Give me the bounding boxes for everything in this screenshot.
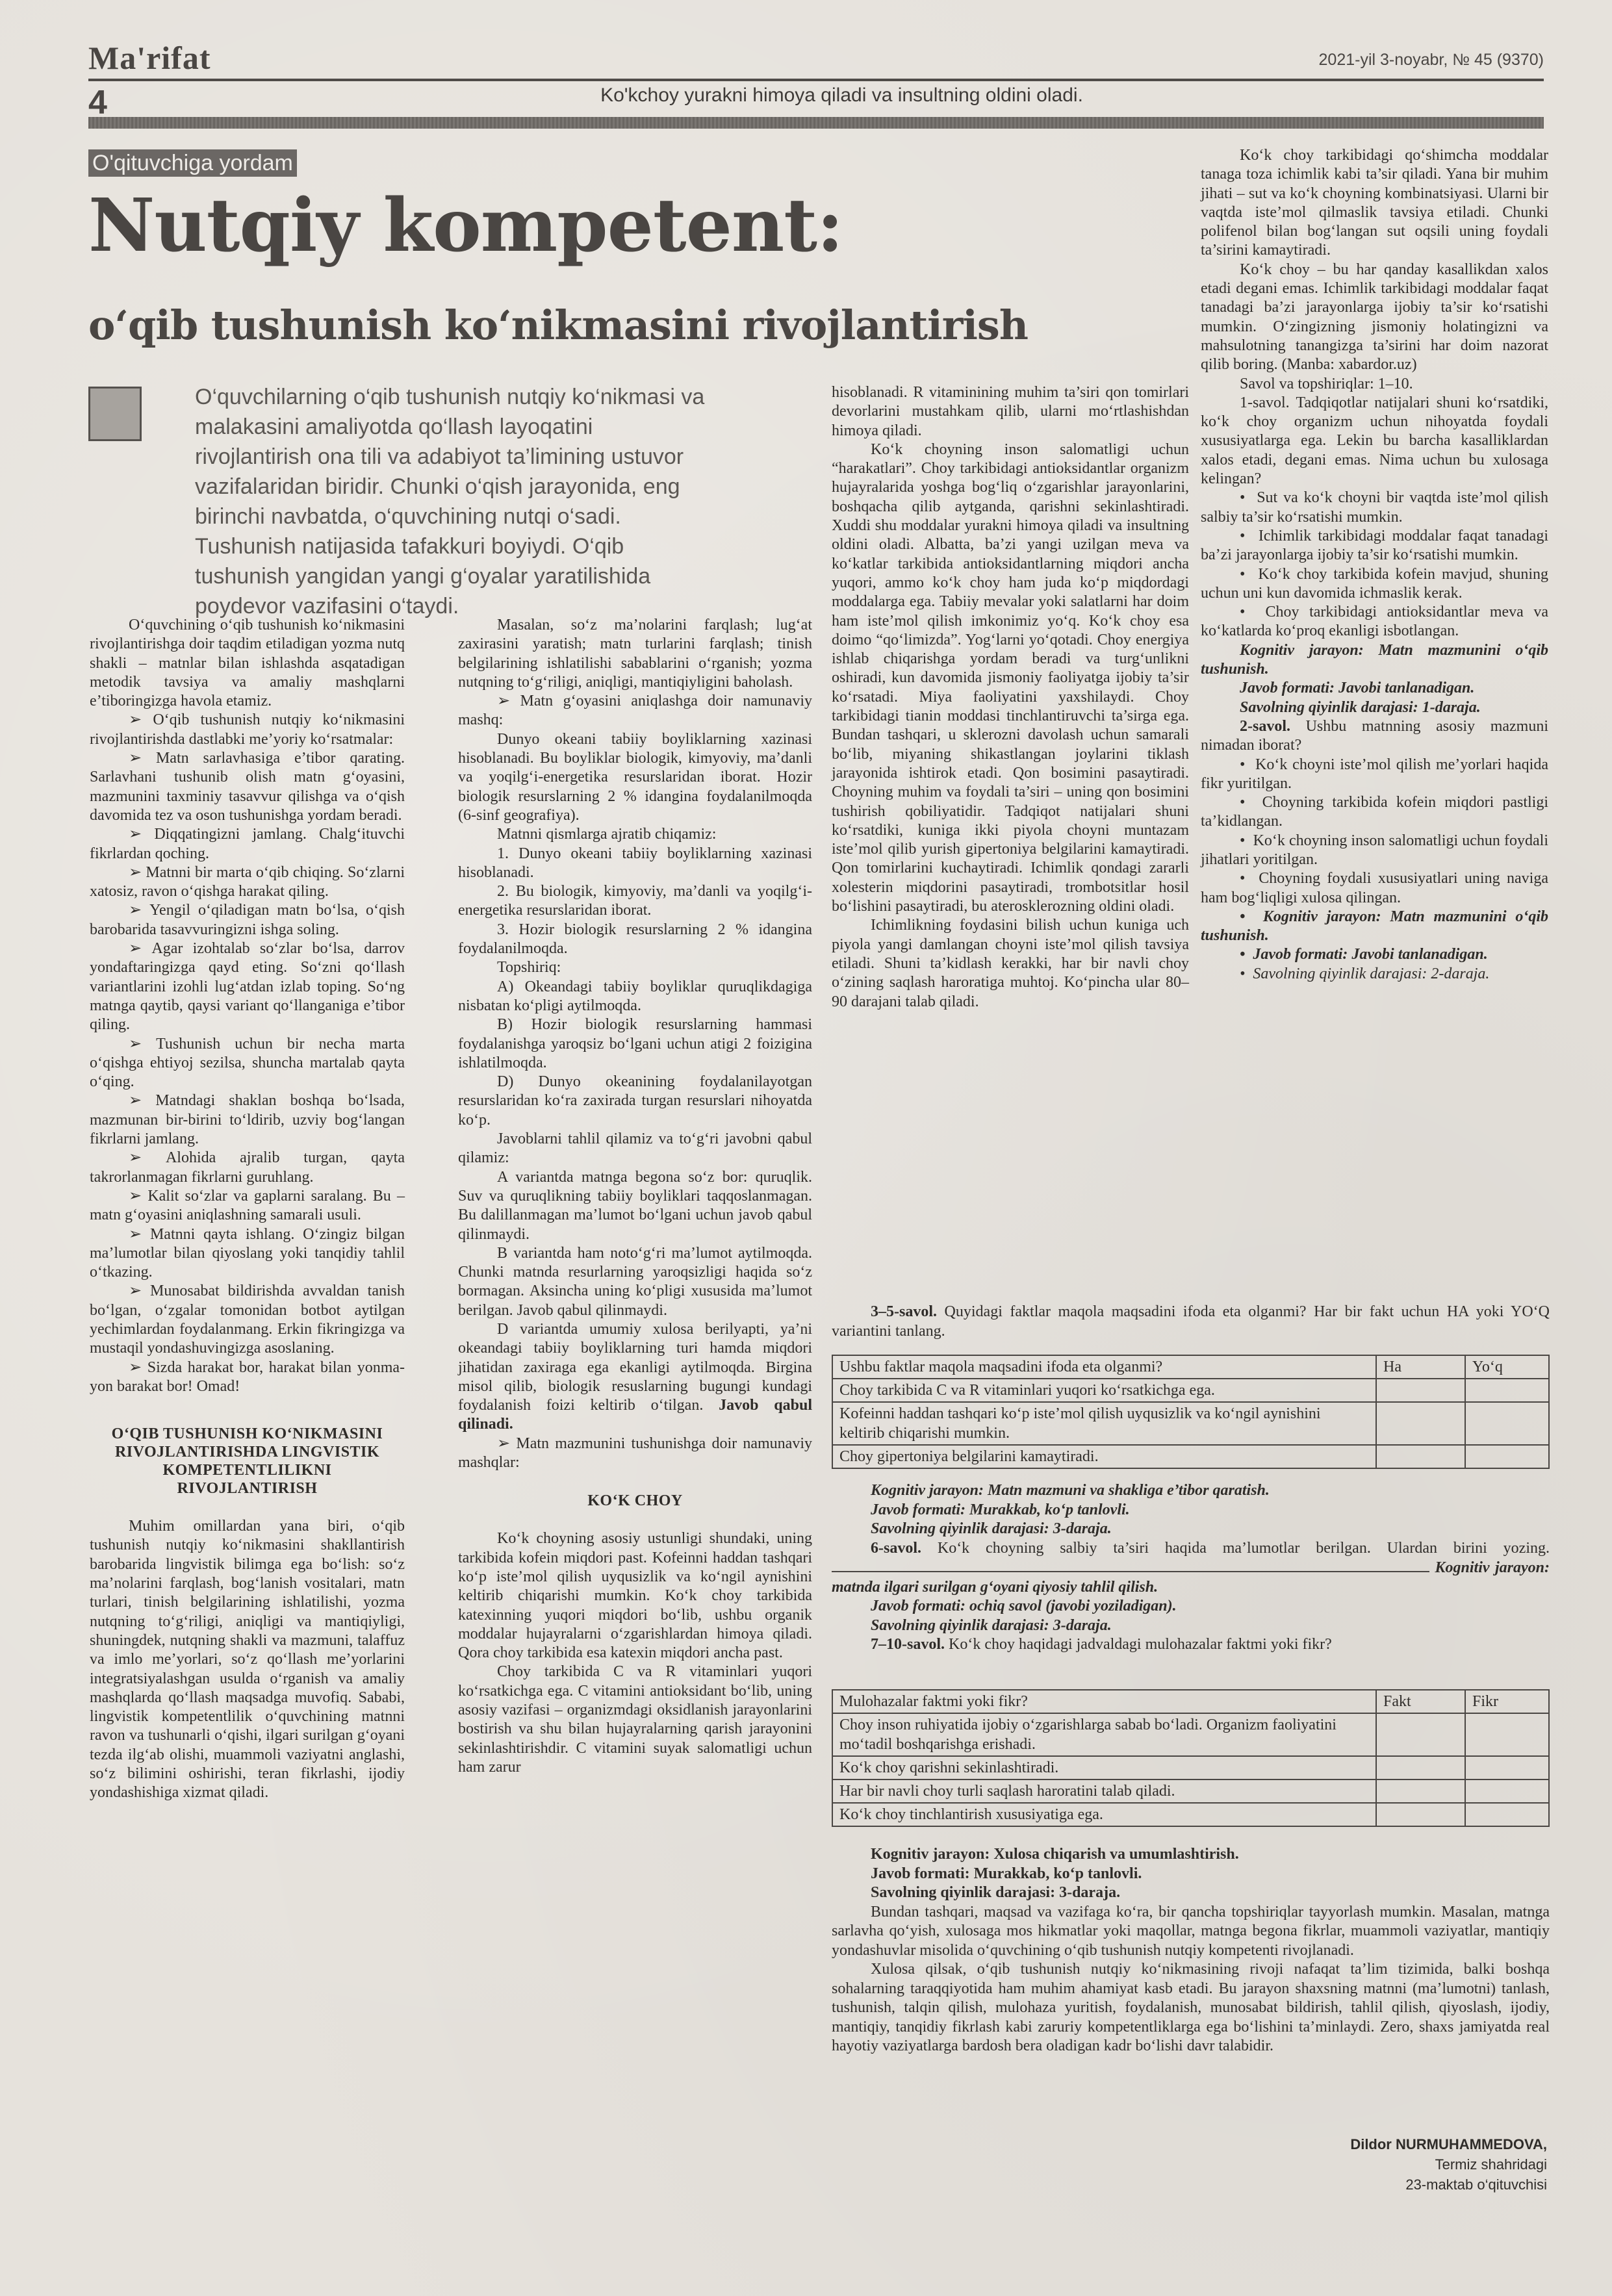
question-3-5: 3–5-savol. Quyidagi faktlar maqola maqsa…: [832, 1303, 1550, 1341]
table-row: Har bir navli choy turli saqlash harorat…: [832, 1779, 1549, 1803]
author-name: Dildor NURMUHAMMEDOVA,: [1350, 2134, 1547, 2154]
answer-cell-fakt[interactable]: [1376, 1713, 1465, 1756]
meta-format: Javob formati: Javobi tanlanadigan.: [1201, 679, 1548, 698]
question-7-10: 7–10-savol. Ko‘k choy haqidagi jadvaldag…: [832, 1635, 1550, 1655]
meta-format: Javob formati: Murakkab, ko‘p tanlovli.: [832, 1501, 1550, 1520]
table-row: Kofeinni haddan tashqari ko‘p iste’mol q…: [832, 1402, 1549, 1445]
paragraph: Ko‘k choyning inson salomatligi uchun “h…: [832, 440, 1189, 916]
meta-difficulty: Savolning qiyinlik darajasi: 3-daraja.: [832, 1616, 1550, 1636]
meta-format: Javob formati: ochiq savol (javobi yozil…: [832, 1597, 1550, 1616]
question-label: 7–10-savol.: [871, 1636, 945, 1653]
list-item: B) Hozir biologik resurslarning hammasi …: [458, 1015, 812, 1073]
list-item: Sizda harakat bor, harakat bilan yonma-y…: [90, 1358, 405, 1397]
paragraph: O‘quvchining o‘qib tushunish ko‘nikmasin…: [90, 616, 405, 711]
meta-difficulty: Savolning qiyinlik darajasi: 2-daraja.: [1201, 965, 1548, 984]
question-6: 6-savol. Ko‘k choyning salbiy ta’siri ha…: [832, 1539, 1550, 1598]
answer-cell-fakt[interactable]: [1376, 1803, 1465, 1826]
table-cell: Ko‘k choy tinchlantirish xususiyatiga eg…: [832, 1803, 1376, 1826]
paragraph: Topshiriq:: [458, 958, 812, 977]
answer-cell-yoq[interactable]: [1465, 1445, 1549, 1468]
section-heading: KO‘K CHOY: [458, 1492, 812, 1510]
facts-table: Ushbu faktlar maqola maqsadini ifoda eta…: [832, 1355, 1550, 1469]
table-header-cell: Fikr: [1465, 1690, 1549, 1713]
answer-cell-yoq[interactable]: [1465, 1379, 1549, 1402]
article-subtitle: o‘qib tushunish ko‘nikmasini rivojlantir…: [88, 305, 1028, 346]
meta-cognitive: Kognitiv jarayon: Matn mazmunini o‘qib t…: [1201, 908, 1548, 946]
paragraph: Muhim omillardan yana biri, o‘qib tushun…: [90, 1517, 405, 1802]
list-item: Munosabat bildirishda avvaldan tanish bo…: [90, 1282, 405, 1358]
paragraph: Ko‘k choy – bu har qanday kasallikdan xa…: [1201, 261, 1548, 375]
question-text: Ko‘k choyning salbiy ta’siri haqida ma’l…: [938, 1540, 1550, 1557]
question-label: 6-savol.: [871, 1540, 921, 1557]
answer-cell-ha[interactable]: [1376, 1402, 1465, 1445]
section-heading: O‘QIB TUSHUNISH KO‘NIKMASINI RIVOJLANTIR…: [90, 1425, 405, 1498]
running-head: Ko'kchoy yurakni himoya qiladi va insult…: [0, 84, 1612, 107]
list-item: Kalit so‘zlar va gaplarni saralang. Bu –…: [90, 1187, 405, 1225]
table-row: Choy inson ruhiyatida ijobiy o‘zgarishla…: [832, 1713, 1549, 1756]
table-header-cell: Ushbu faktlar maqola maqsadini ifoda eta…: [832, 1355, 1376, 1379]
paragraph: Bundan tashqari, maqsad va vazifaga ko‘r…: [832, 1903, 1550, 1961]
answer-option: Sut va ko‘k choyni bir vaqtda iste’mol q…: [1201, 489, 1548, 527]
author-position: 23-maktab o‘qituvchisi: [1350, 2175, 1547, 2195]
question-label: 2-savol.: [1240, 718, 1290, 735]
table-cell: Choy tarkibida C va R vitaminlari yuqori…: [832, 1379, 1376, 1402]
answer-cell-yoq[interactable]: [1465, 1402, 1549, 1445]
fact-opinion-table: Mulohazalar faktmi yoki fikr? Fakt Fikr …: [832, 1689, 1550, 1827]
answer-cell-fikr[interactable]: [1465, 1779, 1549, 1803]
meta-cognitive: Kognitiv jarayon: Matn mazmunini o‘qib t…: [1201, 641, 1548, 680]
rubric-label: O'qituvchiga yordam: [88, 149, 297, 177]
paragraph: Choy tarkibida C va R vitaminlari yuqori…: [458, 1663, 812, 1777]
meta-difficulty: Savolning qiyinlik darajasi: 1-daraja.: [1201, 698, 1548, 717]
list-item: O‘qib tushunish nutqiy ko‘nikmasini rivo…: [90, 711, 405, 749]
paragraph: D variantda umumiy xulosa berilyapti, ya…: [458, 1320, 812, 1435]
column-3: hisoblanadi. R vitaminining muhim ta’sir…: [832, 383, 1189, 1012]
table-row: Choy gipertoniya belgilarini kamaytiradi…: [832, 1445, 1549, 1468]
table-cell: Choy inson ruhiyatida ijobiy o‘zgarishla…: [832, 1713, 1376, 1756]
paragraph: Ichimlikning foydasini bilish uchun kuni…: [832, 916, 1189, 1011]
answer-cell-ha[interactable]: [1376, 1445, 1465, 1468]
list-item: A) Okeandagi tabiiy boyliklar quruqlikda…: [458, 978, 812, 1016]
newspaper-page: Ma'rifat 2021-yil 3-noyabr, № 45 (9370) …: [0, 0, 1612, 2296]
table-header-cell: Fakt: [1376, 1690, 1465, 1713]
answer-option: Ko‘k choy tarkibida kofein mavjud, shuni…: [1201, 565, 1548, 604]
list-item: 2. Bu biologik, kimyoviy, ma’danli va yo…: [458, 882, 812, 921]
lead-squares-icon: [88, 387, 160, 452]
paragraph: Javoblarni tahlil qilamiz va to‘g‘ri jav…: [458, 1130, 812, 1168]
list-item: Tushunish uchun bir necha marta o‘qishga…: [90, 1035, 405, 1092]
paragraph: Matnni qismlarga ajratib chiqamiz:: [458, 825, 812, 844]
list-item: Matn mazmunini tushunishga doir namunavi…: [458, 1435, 812, 1473]
paragraph: Masalan, so‘z ma’nolarini farqlash; lug‘…: [458, 616, 812, 692]
paragraph: hisoblanadi. R vitaminining muhim ta’sir…: [832, 383, 1189, 440]
table-header-cell: Ha: [1376, 1355, 1465, 1379]
meta-cognitive: Kognitiv jarayon: Matn mazmuni va shakli…: [832, 1481, 1550, 1501]
question-label: 3–5-savol.: [871, 1303, 937, 1320]
paragraph: Ko‘k choy tarkibidagi qo‘shimcha moddala…: [1201, 146, 1548, 261]
table-header-cell: Mulohazalar faktmi yoki fikr?: [832, 1690, 1376, 1713]
meta-difficulty: Savolning qiyinlik darajasi: 3-daraja.: [832, 1520, 1550, 1539]
paragraph: Xulosa qilsak, o‘qib tushunish nutqiy ko…: [832, 1960, 1550, 2056]
list-item: 1. Dunyo okeani tabiiy boyliklarning xaz…: [458, 845, 812, 883]
meta-format: Javob formati: Javobi tanlanadigan.: [1201, 945, 1548, 964]
list-item: D) Dunyo okeanining foydalanilayotgan re…: [458, 1073, 812, 1130]
question-2: 2-savol. Ushbu matnning asosiy mazmuni n…: [1201, 717, 1548, 756]
answer-cell-fikr[interactable]: [1465, 1756, 1549, 1779]
table-cell: Ko‘k choy qarishni sekinlashtiradi.: [832, 1756, 1376, 1779]
closing-section: Kognitiv jarayon: Xulosa chiqarish va um…: [832, 1845, 1550, 2056]
answer-option: Ko‘k choyning inson salomatligi uchun fo…: [1201, 832, 1548, 870]
answer-cell-fakt[interactable]: [1376, 1779, 1465, 1803]
answer-cell-fikr[interactable]: [1465, 1713, 1549, 1756]
answer-option: Choyning tarkibida kofein miqdori pastli…: [1201, 793, 1548, 832]
list-item: 3. Hozir biologik resurslarning 2 % idan…: [458, 921, 812, 959]
table-row: Ko‘k choy tinchlantirish xususiyatiga eg…: [832, 1803, 1549, 1826]
answer-option: Ko‘k choyni iste’mol qilish me’yorlari h…: [1201, 756, 1548, 794]
article-lead: O‘quvchilarning o‘qib tushunish nutqiy k…: [195, 382, 715, 621]
list-item: Agar izohtalab so‘zlar bo‘lsa, darrov yo…: [90, 939, 405, 1034]
question-3-5-meta-and-q6: Kognitiv jarayon: Matn mazmuni va shakli…: [832, 1481, 1550, 1655]
list-item: Alohida ajralib turgan, qayta takrorlanm…: [90, 1149, 405, 1187]
table-header: Ushbu faktlar maqola maqsadini ifoda eta…: [832, 1355, 1549, 1379]
answer-option: Ichimlik tarkibidagi moddalar faqat tana…: [1201, 527, 1548, 565]
answer-cell-fikr[interactable]: [1465, 1803, 1549, 1826]
list-item: Matndagi shaklan boshqa bo‘lsada, mazmun…: [90, 1091, 405, 1149]
meta-format: Javob formati: Murakkab, ko‘p tanlovli.: [832, 1865, 1550, 1884]
paragraph: Ko‘k choyning asosiy ustunligi shundaki,…: [458, 1529, 812, 1663]
meta-cognitive: Kognitiv jarayon: Xulosa chiqarish va um…: [832, 1845, 1550, 1865]
answer-cell-fakt[interactable]: [1376, 1756, 1465, 1779]
list-item: Matn g‘oyasini aniqlashga doir namunaviy…: [458, 692, 812, 730]
paragraph: Dunyo okeani tabiiy boyliklarning xazina…: [458, 730, 812, 825]
answer-cell-ha[interactable]: [1376, 1379, 1465, 1402]
list-item: Matn sarlavhasiga e’tibor qarating. Sarl…: [90, 749, 405, 825]
author-signature: Dildor NURMUHAMMEDOVA, Termiz shahridagi…: [1350, 2134, 1547, 2195]
answer-option: Choy tarkibidagi antioksidantlar meva va…: [1201, 603, 1548, 641]
table-header: Mulohazalar faktmi yoki fikr? Fakt Fikr: [832, 1690, 1549, 1713]
list-item: Matnni bir marta o‘qib chiqing. So‘zlarn…: [90, 863, 405, 902]
meta-difficulty: Savolning qiyinlik darajasi: 3-daraja.: [832, 1883, 1550, 1903]
issue-date: 2021-yil 3-noyabr, № 45 (9370): [1319, 51, 1544, 70]
answer-option: Choyning foydali xususiyatlari uning nav…: [1201, 869, 1548, 908]
column-4: Ko‘k choy tarkibidagi qo‘shimcha moddala…: [1201, 146, 1548, 984]
column-2: Masalan, so‘z ma’nolarini farqlash; lug‘…: [458, 616, 812, 1777]
table-row: Choy tarkibida C va R vitaminlari yuqori…: [832, 1379, 1549, 1402]
article-title: Nutqiy kompetent:: [88, 190, 843, 262]
column-1: O‘quvchining o‘qib tushunish ko‘nikmasin…: [90, 616, 405, 1803]
question-text: Quyidagi faktlar maqola maqsadini ifoda …: [832, 1303, 1550, 1340]
newspaper-logo: Ma'rifat: [88, 39, 211, 77]
author-location: Termiz shahridagi: [1350, 2154, 1547, 2175]
paragraph: Savol va topshiriqlar: 1–10.: [1201, 375, 1548, 394]
table-cell: Har bir navli choy turli saqlash harorat…: [832, 1779, 1376, 1803]
table-cell: Choy gipertoniya belgilarini kamaytiradi…: [832, 1445, 1376, 1468]
list-item: Diqqatingizni jamlang. Chalg‘ituvchi fik…: [90, 825, 405, 863]
list-item: Matnni qayta ishlang. O‘zingiz bilgan ma…: [90, 1225, 405, 1282]
table-cell: Kofeinni haddan tashqari ko‘p iste’mol q…: [832, 1402, 1376, 1445]
answer-blank-line[interactable]: [832, 1558, 1429, 1572]
question-1: 1-savol. Tadqiqotlar natijalari shuni ko…: [1201, 394, 1548, 489]
question-text: Ko‘k choy haqidagi jadvaldagi mulohazala…: [949, 1636, 1332, 1653]
list-item: Yengil o‘qiladigan matn bo‘lsa, o‘qish b…: [90, 901, 405, 939]
header-bar: [88, 117, 1544, 129]
masthead-rule: [88, 79, 1544, 81]
table-header-cell: Yo‘q: [1465, 1355, 1549, 1379]
table-row: Ko‘k choy qarishni sekinlashtiradi.: [832, 1756, 1549, 1779]
paragraph: A variantda matnga begona so‘z bor: quru…: [458, 1168, 812, 1244]
paragraph: B variantda ham noto‘g‘ri ma’lumot aytil…: [458, 1244, 812, 1320]
